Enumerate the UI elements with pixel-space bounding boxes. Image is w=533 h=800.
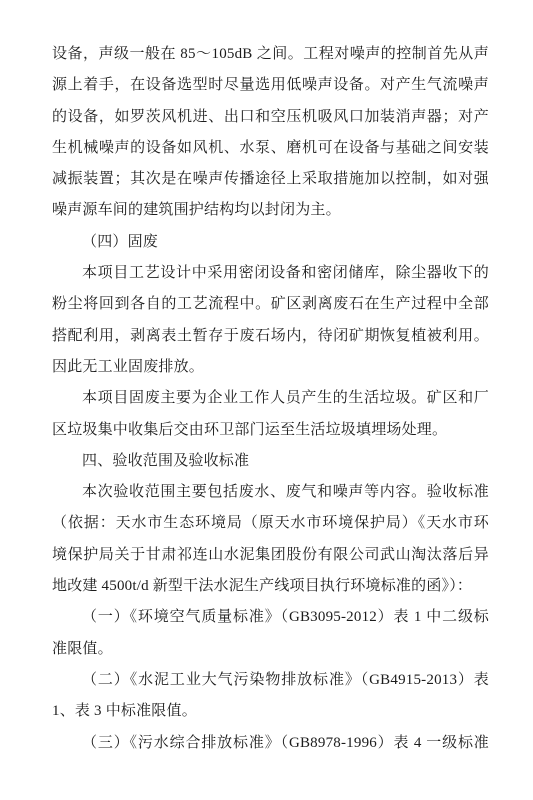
text-line: 地改建 4500t/d 新型干法水泥生产线项目执行环境标准的函》）： xyxy=(52,571,489,602)
text-line: 源上着手，在设备选型时尽量选用低噪声设备。对产生气流噪声 xyxy=(52,70,489,101)
text-line: 本项目固废主要为企业工作人员产生的生活垃圾。矿区和厂 xyxy=(52,383,489,414)
document-page: 设备，声级一般在 85～105dB 之间。工程对噪声的控制首先从声源上着手，在设… xyxy=(0,0,533,800)
text-line: （三）《污水综合排放标准》（GB8978-1996）表 4 一级标准 xyxy=(52,728,489,759)
text-line: 搭配利用，剥离表土暂存于废石场内，待闭矿期恢复植被利用。 xyxy=(52,321,489,352)
text-line: 1、表 3 中标准限值。 xyxy=(52,696,489,727)
text-line: （四）固废 xyxy=(52,227,489,258)
paragraph: （二）《水泥工业大气污染物排放标准》（GB4915-2013）表1、表 3 中标… xyxy=(52,665,489,728)
paragraph: （三）《污水综合排放标准》（GB8978-1996）表 4 一级标准 xyxy=(52,728,489,759)
paragraph: （四）固废 xyxy=(52,227,489,258)
text-line: 准限值。 xyxy=(52,634,489,665)
text-line: 减振装置；其次是在噪声传播途径上采取措施加以控制，如对强 xyxy=(52,164,489,195)
text-line: 区垃圾集中收集后交由环卫部门运至生活垃圾填埋场处理。 xyxy=(52,415,489,446)
text-line: 本项目工艺设计中采用密闭设备和密闭储库，除尘器收下的 xyxy=(52,258,489,289)
paragraph: 本项目工艺设计中采用密闭设备和密闭储库，除尘器收下的粉尘将回到各自的工艺流程中。… xyxy=(52,258,489,383)
text-line: 本次验收范围主要包括废水、废气和噪声等内容。验收标准 xyxy=(52,477,489,508)
text-line: 粉尘将回到各自的工艺流程中。矿区剥离废石在生产过程中全部 xyxy=(52,289,489,320)
text-line: 噪声源车间的建筑围护结构均以封闭为主。 xyxy=(52,195,489,226)
paragraph: 本项目固废主要为企业工作人员产生的生活垃圾。矿区和厂区垃圾集中收集后交由环卫部门… xyxy=(52,383,489,446)
text-line: 因此无工业固废排放。 xyxy=(52,352,489,383)
paragraph: （一）《环境空气质量标准》（GB3095-2012）表 1 中二级标准限值。 xyxy=(52,602,489,665)
text-line: （二）《水泥工业大气污染物排放标准》（GB4915-2013）表 xyxy=(52,665,489,696)
paragraph: 本次验收范围主要包括废水、废气和噪声等内容。验收标准（依据：天水市生态环境局（原… xyxy=(52,477,489,602)
text-line: 四、验收范围及验收标准 xyxy=(52,446,489,477)
text-line: 设备，声级一般在 85～105dB 之间。工程对噪声的控制首先从声 xyxy=(52,39,489,70)
text-line: 生机械噪声的设备如风机、水泵、磨机可在设备与基础之间安装 xyxy=(52,133,489,164)
text-line: 境保护局关于甘肃祁连山水泥集团股份有限公司武山淘汰落后异 xyxy=(52,540,489,571)
text-line: （依据：天水市生态环境局（原天水市环境保护局）《天水市环 xyxy=(52,508,489,539)
text-line: 的设备，如罗茨风机进、出口和空压机吸风口加装消声器；对产 xyxy=(52,102,489,133)
text-line: （一）《环境空气质量标准》（GB3095-2012）表 1 中二级标 xyxy=(52,602,489,633)
paragraph: 设备，声级一般在 85～105dB 之间。工程对噪声的控制首先从声源上着手，在设… xyxy=(52,39,489,227)
paragraph: 四、验收范围及验收标准 xyxy=(52,446,489,477)
